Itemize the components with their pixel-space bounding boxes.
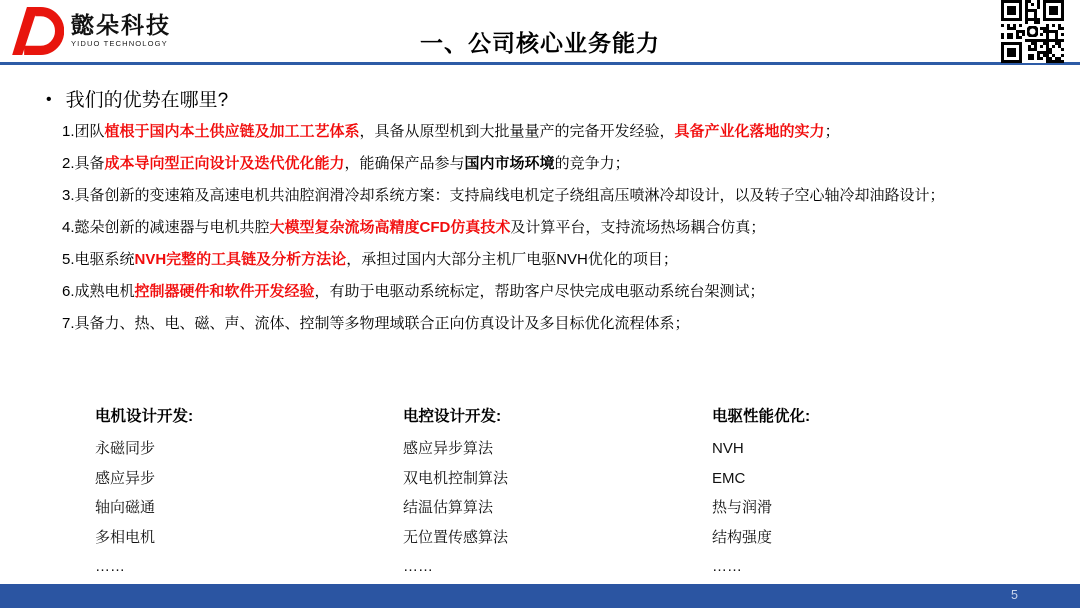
column-item: 热与润滑 (712, 493, 982, 523)
list-item: 4.懿朵创新的减速器与电机共腔大模型复杂流场高精度CFD仿真技术及计算平台，支持… (62, 212, 1052, 244)
column-items: 感应异步算法双电机控制算法结温估算算法无位置传感算法…… (403, 434, 673, 582)
column-motor-design: 电机设计开发: 永磁同步感应异步轴向磁通多相电机…… (95, 402, 365, 582)
bullet-icon: • (46, 91, 52, 109)
column-item: …… (403, 552, 673, 582)
text-segment: 及计算平台，支持流场热场耦合仿真； (510, 219, 765, 236)
text-segment: ； (825, 123, 840, 140)
column-item: 轴向磁通 (95, 493, 365, 523)
text-segment: ，具备从原型机到大批量量产的完备开发经验， (360, 123, 675, 140)
list-item: 7.具备力、热、电、磁、声、流体、控制等多物理域联合正向仿真设计及多目标优化流程… (62, 308, 1052, 340)
slide-header: 懿朵科技 YIDUO TECHNOLOGY 一、公司核心业务能力 (0, 0, 1080, 65)
text-segment: 的竞争力； (555, 155, 630, 172)
page-number: 5 (1011, 588, 1018, 602)
list-item: 2.具备成本导向型正向设计及迭代优化能力，能确保产品参与国内市场环境的竞争力； (62, 148, 1052, 180)
text-segment: 国内市场环境 (465, 155, 555, 172)
qr-code-image (1001, 0, 1064, 63)
column-item: EMC (712, 464, 982, 494)
column-performance-optimization: 电驱性能优化: NVHEMC热与润滑结构强度…… (712, 402, 982, 582)
advantage-list: 1.团队植根于国内本土供应链及加工工艺体系，具备从原型机到大批量量产的完备开发经… (62, 116, 1052, 340)
text-segment: 具备产业化落地的实力 (675, 123, 825, 140)
text-segment: 6.成熟电机 (62, 283, 135, 300)
text-segment: 5.电驱系统 (62, 251, 135, 268)
page-title: 一、公司核心业务能力 (0, 25, 1080, 58)
text-segment: 4.懿朵创新的减速器与电机共腔 (62, 219, 270, 236)
column-item: 多相电机 (95, 523, 365, 553)
column-items: 永磁同步感应异步轴向磁通多相电机…… (95, 434, 365, 582)
text-segment: ，承担过国内大部分主机厂电驱NVH优化的项目； (346, 251, 678, 268)
text-segment: 7.具备力、热、电、磁、声、流体、控制等多物理域联合正向仿真设计及多目标优化流程… (62, 315, 690, 332)
footer-bar: 5 (0, 584, 1080, 608)
column-item: 感应异步算法 (403, 434, 673, 464)
question-text: 我们的优势在哪里? (66, 90, 229, 111)
column-item: …… (95, 552, 365, 582)
presentation-slide: 懿朵科技 YIDUO TECHNOLOGY 一、公司核心业务能力 •我们的优势在… (0, 0, 1080, 608)
list-item: 5.电驱系统NVH完整的工具链及分析方法论，承担过国内大部分主机厂电驱NVH优化… (62, 244, 1052, 276)
text-segment: NVH完整的工具链及分析方法论 (135, 251, 347, 268)
text-segment: 大模型复杂流场高精度CFD仿真技术 (270, 219, 511, 236)
text-segment: ，能确保产品参与 (345, 155, 465, 172)
text-segment: 1.团队 (62, 123, 105, 140)
column-item: 无位置传感算法 (403, 523, 673, 553)
column-title: 电驱性能优化: (712, 402, 982, 432)
question-heading: •我们的优势在哪里? (46, 85, 228, 112)
text-segment: 植根于国内本土供应链及加工工艺体系 (105, 123, 360, 140)
column-controller-design: 电控设计开发: 感应异步算法双电机控制算法结温估算算法无位置传感算法…… (403, 402, 673, 582)
text-segment: 2.具备 (62, 155, 105, 172)
column-items: NVHEMC热与润滑结构强度…… (712, 434, 982, 582)
column-title: 电机设计开发: (95, 402, 365, 432)
text-segment: ，有助于电驱动系统标定，帮助客户尽快完成电驱动系统台架测试； (315, 283, 765, 300)
column-item: 结构强度 (712, 523, 982, 553)
list-item: 1.团队植根于国内本土供应链及加工工艺体系，具备从原型机到大批量量产的完备开发经… (62, 116, 1052, 148)
column-item: …… (712, 552, 982, 582)
text-segment: 控制器硬件和软件开发经验 (135, 283, 315, 300)
column-item: NVH (712, 434, 982, 464)
list-item: 3.具备创新的变速箱及高速电机共油腔润滑冷却系统方案：支持扁线电机定子绕组高压喷… (62, 180, 1052, 212)
text-segment: 3.具备创新的变速箱及高速电机共油腔润滑冷却系统方案：支持扁线电机定子绕组高压喷… (62, 187, 945, 204)
column-item: 双电机控制算法 (403, 464, 673, 494)
text-segment: 成本导向型正向设计及迭代优化能力 (105, 155, 345, 172)
list-item: 6.成熟电机控制器硬件和软件开发经验，有助于电驱动系统标定，帮助客户尽快完成电驱… (62, 276, 1052, 308)
column-title: 电控设计开发: (403, 402, 673, 432)
column-item: 永磁同步 (95, 434, 365, 464)
column-item: 结温估算算法 (403, 493, 673, 523)
column-item: 感应异步 (95, 464, 365, 494)
